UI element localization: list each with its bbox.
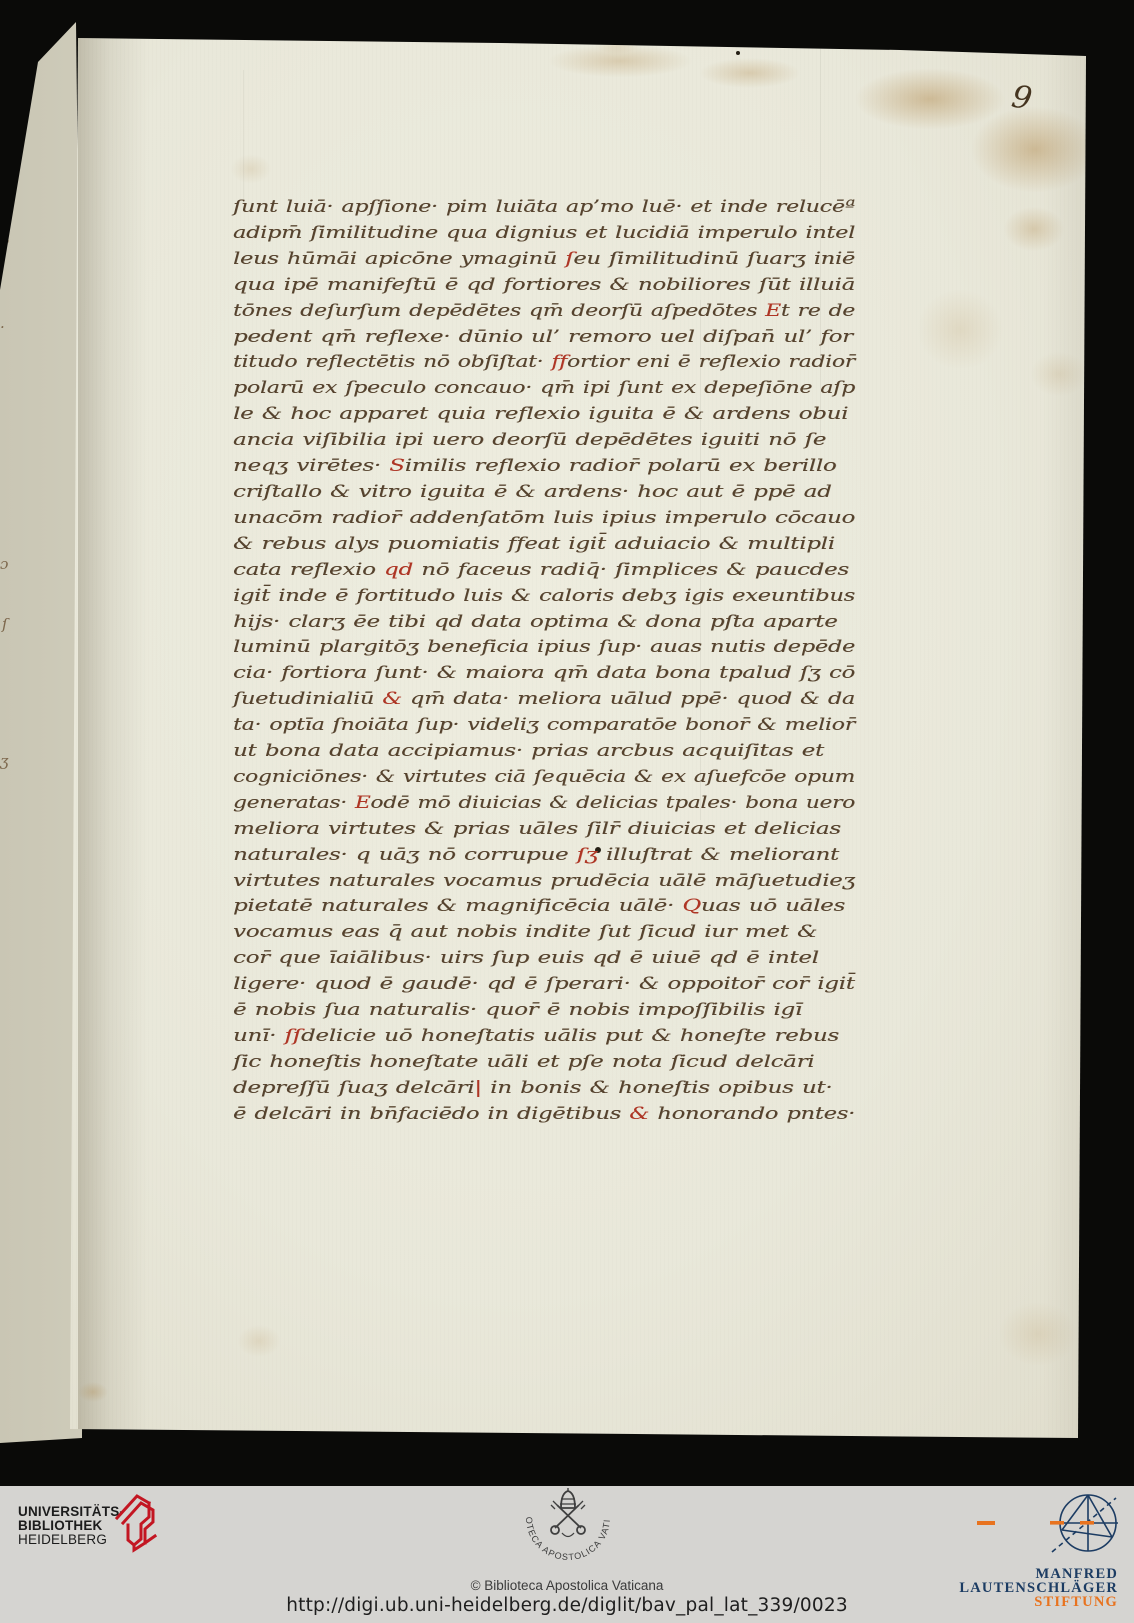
manuscript-line: cogniciōnes· & virtutes ciā ſequēcia & e… [233, 767, 863, 793]
heidelberg-ub-books-icon [114, 1492, 162, 1558]
stain [72, 1378, 114, 1406]
mls-label: MANFRED LAUTENSCHLÄGER STIFTUNG [959, 1568, 1118, 1609]
manuscript-line: ē nobis ſua naturalis· quor̄ ē nobis imp… [233, 1000, 863, 1026]
manuscript-line: cor̄ que īaiālibus· uirs ſup euis qd ē u… [233, 948, 863, 974]
paper-crease [243, 70, 244, 200]
mls-line3: STIFTUNG [959, 1596, 1118, 1610]
vatican-crossed-keys-seal-icon: BIBLIOTECA APOSTOLICA VATICANA [500, 1488, 636, 1574]
manuscript-line: unacōm radior̄ addenſatōm luis ipius imp… [233, 508, 863, 534]
stain [228, 1318, 290, 1364]
manuscript-line: ſuetudinialiū & qm̄ data· meliora uālud … [233, 689, 863, 715]
manuscript-line: igit̄ inde ē fortitudo luis & caloris de… [233, 586, 863, 612]
ub-heidelberg-label: UNIVERSITÄTS- BIBLIOTHEK HEIDELBERG [18, 1505, 124, 1547]
manuscript-line: leus hūmāi apicōne ymaginū ſeu ſimilitud… [233, 249, 863, 275]
stain [222, 148, 280, 190]
manuscript-line: unī· ſſdelicie uō honeſtatis uālis put &… [233, 1026, 863, 1052]
manuscript-line: ſic honeſtis honeſtate uāli et pſe nota … [233, 1052, 863, 1078]
ub-line1: UNIVERSITÄTS- [18, 1505, 124, 1519]
manuscript-line: pedent qm̄ reflexe· dūnio ul’ remoro uel… [233, 327, 863, 353]
manuscript-line: naturales· q uāʒ nō corrupue ſʒ illuſtra… [233, 845, 863, 871]
stain [898, 272, 1022, 387]
manuscript-line: cata reflexio qd nō faceus radiq̄· ſimpl… [233, 560, 863, 586]
manuscript-line: criſtallo & vitro iguita ē & ardens· hoc… [233, 482, 863, 508]
stain [982, 1288, 1094, 1380]
bleedthrough-ink-mark: ʒ [1, 228, 9, 246]
svg-text:BIBLIOTECA APOSTOLICA VATICANA: BIBLIOTECA APOSTOLICA VATICANA [500, 1488, 612, 1562]
stain [680, 52, 820, 94]
manuscript-page: 9 ſunt luiā· apſſione· pim luiāta ap’mo … [0, 0, 1134, 1483]
manuscript-line: ē delcāri in bn̄faciēdo in digētibus & h… [233, 1104, 863, 1130]
manuscript-line: ligere· quod ē gaudē· qd ē ſperari· & op… [233, 974, 863, 1000]
manuscript-line: virtutes naturales vocamus prudēcia uālē… [233, 871, 863, 897]
manuscript-line: neqʒ virētes· Similis reflexio radior̄ p… [233, 456, 863, 482]
manuscript-line: ſunt luiā· apſſione· pim luiāta ap’mo lu… [233, 197, 863, 223]
ub-line2: BIBLIOTHEK [18, 1519, 124, 1533]
manuscript-line: tōnes deſurſum depēdētes qm̄ deorſū aſpe… [233, 301, 863, 327]
manuscript-line: generatas· Eodē mō diuicias & delicias t… [233, 793, 863, 819]
stain [1018, 342, 1100, 406]
manuscript-line: hijs· clarʒ ēe tibi qd data optima & don… [233, 612, 863, 638]
manuscript-line: depreſſū ſuaʒ delcāri| in bonis & honeſt… [233, 1078, 863, 1104]
ub-line3: HEIDELBERG [18, 1533, 124, 1547]
manuscript-line: cia· fortiora ſunt· & maiora qm̄ data bo… [233, 663, 863, 689]
bleedthrough-ink-mark: · [0, 318, 5, 336]
manuscript-line: ancia viſibilia ipi uero deorſū depēdēte… [233, 430, 863, 456]
manuscript-line: vocamus eas q̄ aut nobis indite ſut ſicu… [233, 922, 863, 948]
seal-arc-text: BIBLIOTECA APOSTOLICA VATICANA [500, 1488, 612, 1562]
manuscript-line: ta· optīa ſnoiāta ſup· videliʒ comparatō… [233, 715, 863, 741]
stain [950, 92, 1120, 207]
manuscript-line: pietatē naturales & magnificēcia uālē· Q… [233, 896, 863, 922]
bleedthrough-ink-mark: ſ [2, 615, 8, 633]
manuscript-line: meliora virtutes & prias uāles ſilr̄ diu… [233, 819, 863, 845]
manuscript-line: & rebus alys puomiatis ffeat igit̄ aduia… [233, 534, 863, 560]
bleedthrough-ink-mark: ɔ [0, 555, 8, 573]
stain [992, 198, 1076, 260]
manuscript-line: qua ipē manifeſtū ē qd fortiores & nobil… [233, 275, 863, 301]
manuscript-line: luminū plargitōʒ beneficia ipius ſup· au… [233, 637, 863, 663]
manuscript-text: ſunt luiā· apſſione· pim luiāta ap’mo lu… [233, 197, 863, 1130]
manuscript-line: polarū ex ſpeculo concauo· qm̄ ipi ſunt … [233, 378, 863, 404]
manuscript-line: adipm̄ ſimilitudine qua dignius et lucid… [233, 223, 863, 249]
mls-globe-compass-icon [1048, 1490, 1120, 1560]
book-photo: ʒ · ɔ ſ ʒ 9 ſunt luiā· apſſione· pim lui… [0, 0, 1134, 1483]
stain [585, 32, 649, 58]
manuscript-line: le & hoc apparet quia reflexio iguita ē … [233, 404, 863, 430]
ink-speck [736, 51, 740, 55]
manuscript-line: ut bona data accipiamus· prias arcbus ac… [233, 741, 863, 767]
manuscript-line: titudo reflectētis nō obſiſtat· ffortior… [233, 352, 863, 378]
bleedthrough-ink-mark: ʒ [0, 752, 8, 770]
orange-dash [977, 1521, 995, 1525]
